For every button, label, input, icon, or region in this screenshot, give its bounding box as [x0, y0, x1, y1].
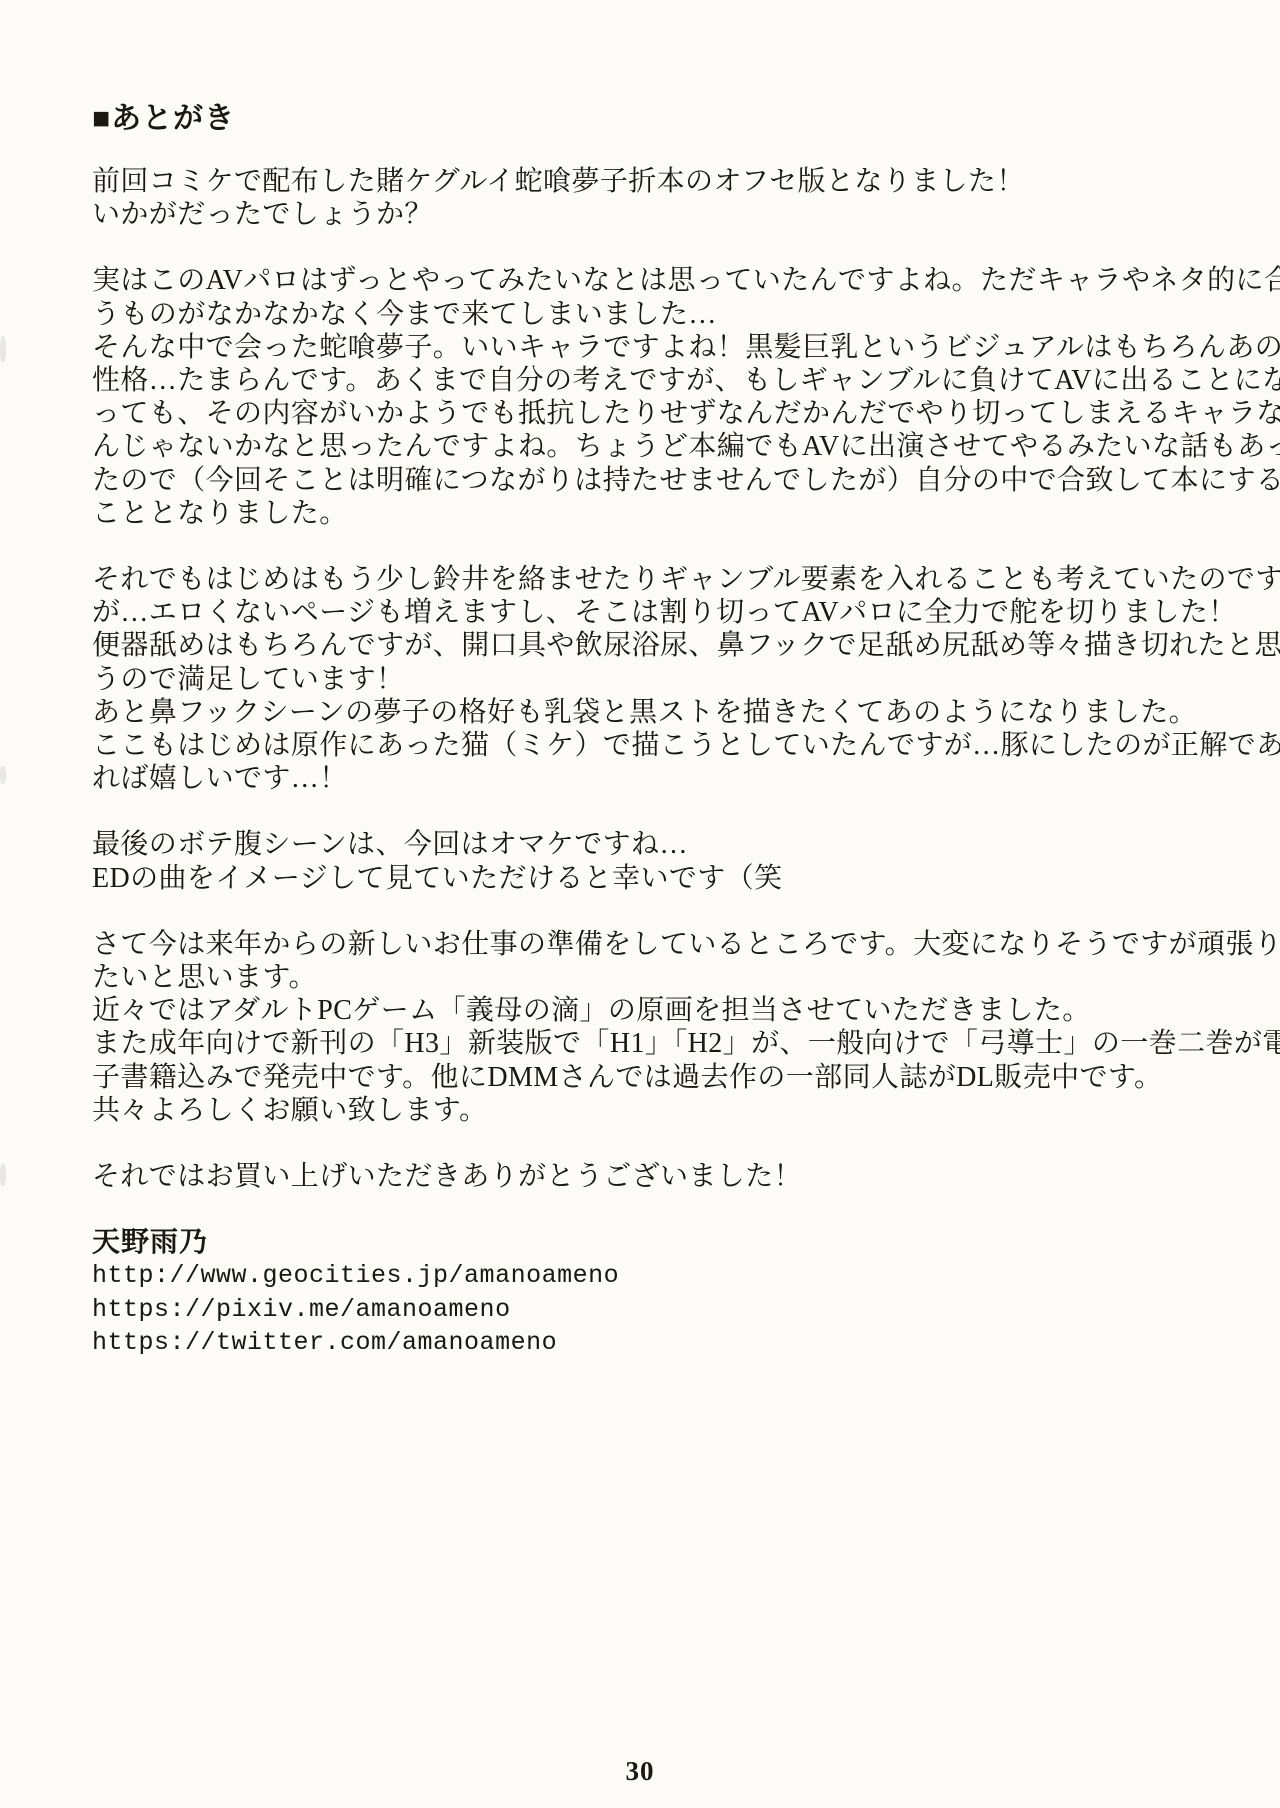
paragraph-news: さて今は来年からの新しいお仕事の準備をしているところです。大変になりそうですが頑… [92, 928, 1200, 1127]
text-line: また成年向けで新刊の「H3」新装版で「H1」「H2」が、一般向けで「弓導士」の一… [92, 1027, 1200, 1060]
scanned-afterword-page: ■あとがき 前回コミケで配布した賭ケグルイ蛇喰夢子折本のオフセ版となりました！ … [0, 0, 1280, 1808]
text-line: それでもはじめはもう少し鈴井を絡ませたりギャンブル要素を入れることも考えていたの… [92, 563, 1200, 596]
text-line: 最後のボテ腹シーンは、今回はオマケですね… [92, 828, 1200, 861]
text-line: いかがだったでしょうか？ [92, 198, 1200, 231]
text-line: たいと思います。 [92, 961, 1200, 994]
text-line: 前回コミケで配布した賭ケグルイ蛇喰夢子折本のオフセ版となりました！ [92, 165, 1200, 198]
text-line: 性格…たまらんです。あくまで自分の考えですが、もしギャンブルに負けてAVに出るこ… [92, 364, 1200, 397]
scan-smudge [0, 1164, 6, 1186]
author-name: 天野雨乃 [92, 1226, 1200, 1259]
text-line: そんな中で会った蛇喰夢子。いいキャラですよね！黒髪巨乳というビジュアルはもちろん… [92, 331, 1200, 364]
text-line: んじゃないかなと思ったんですよね。ちょうど本編でもAVに出演させてやるみたいな話… [92, 430, 1200, 463]
scan-smudge [0, 336, 6, 362]
text-line: 実はこのAVパロはずっとやってみたいなとは思っていたんですよね。ただキャラやネタ… [92, 264, 1200, 297]
text-line: EDの曲をイメージして見ていただけると幸いです（笑 [92, 862, 1200, 895]
text-line: こととなりました。 [92, 497, 1200, 530]
page-number: 30 [0, 1756, 1280, 1787]
paragraph-content-notes: それでもはじめはもう少し鈴井を絡ませたりギャンブル要素を入れることも考えていたの… [92, 563, 1200, 795]
text-line: うものがなかなかなく今まで来てしまいました… [92, 298, 1200, 331]
afterword-content: ■あとがき 前回コミケで配布した賭ケグルイ蛇喰夢子折本のオフセ版となりました！ … [92, 102, 1200, 1359]
text-line: うので満足しています！ [92, 663, 1200, 696]
text-line: 近々ではアダルトPCゲーム「義母の滴」の原画を担当させていただきました。 [92, 994, 1200, 1027]
text-line: が…エロくないページも増えますし、そこは割り切ってAVパロに全力で舵を切りました… [92, 596, 1200, 629]
author-pixiv-url: https://pixiv.me/amanoameno [92, 1293, 1200, 1326]
text-line: 子書籍込みで発売中です。他にDMMさんでは過去作の一部同人誌がDL販売中です。 [92, 1061, 1200, 1094]
text-line: 共々よろしくお願い致します。 [92, 1094, 1200, 1127]
text-line: それではお買い上げいただきありがとうございました！ [92, 1160, 1200, 1193]
scan-smudge [0, 766, 6, 784]
text-line: 便器舐めはもちろんですが、開口具や飲尿浴尿、鼻フックで足舐め尻舐め等々描き切れた… [92, 629, 1200, 662]
text-line: あと鼻フックシーンの夢子の格好も乳袋と黒ストを描きたくてあのようになりました。 [92, 696, 1200, 729]
paragraph-thanks: それではお買い上げいただきありがとうございました！ [92, 1160, 1200, 1193]
paragraph-greeting: 前回コミケで配布した賭ケグルイ蛇喰夢子折本のオフセ版となりました！ いかがだった… [92, 165, 1200, 231]
text-line: たので（今回そことは明確につながりは持たせませんでしたが）自分の中で合致して本に… [92, 464, 1200, 497]
paragraph-av-parody: 実はこのAVパロはずっとやってみたいなとは思っていたんですよね。ただキャラやネタ… [92, 264, 1200, 530]
author-twitter-url: https://twitter.com/amanoameno [92, 1326, 1200, 1359]
text-line: っても、その内容がいかようでも抵抗したりせずなんだかんだでやり切ってしまえるキャ… [92, 397, 1200, 430]
text-line: さて今は来年からの新しいお仕事の準備をしているところです。大変になりそうですが頑… [92, 928, 1200, 961]
text-line: れば嬉しいです…！ [92, 762, 1200, 795]
author-block: 天野雨乃 http://www.geocities.jp/amanoameno … [92, 1226, 1200, 1359]
text-line: ここもはじめは原作にあった猫（ミケ）で描こうとしていたんですが…豚にしたのが正解… [92, 729, 1200, 762]
author-website-url: http://www.geocities.jp/amanoameno [92, 1259, 1200, 1292]
afterword-heading: ■あとがき [92, 102, 1200, 135]
paragraph-final-scene: 最後のボテ腹シーンは、今回はオマケですね… EDの曲をイメージして見ていただける… [92, 828, 1200, 894]
